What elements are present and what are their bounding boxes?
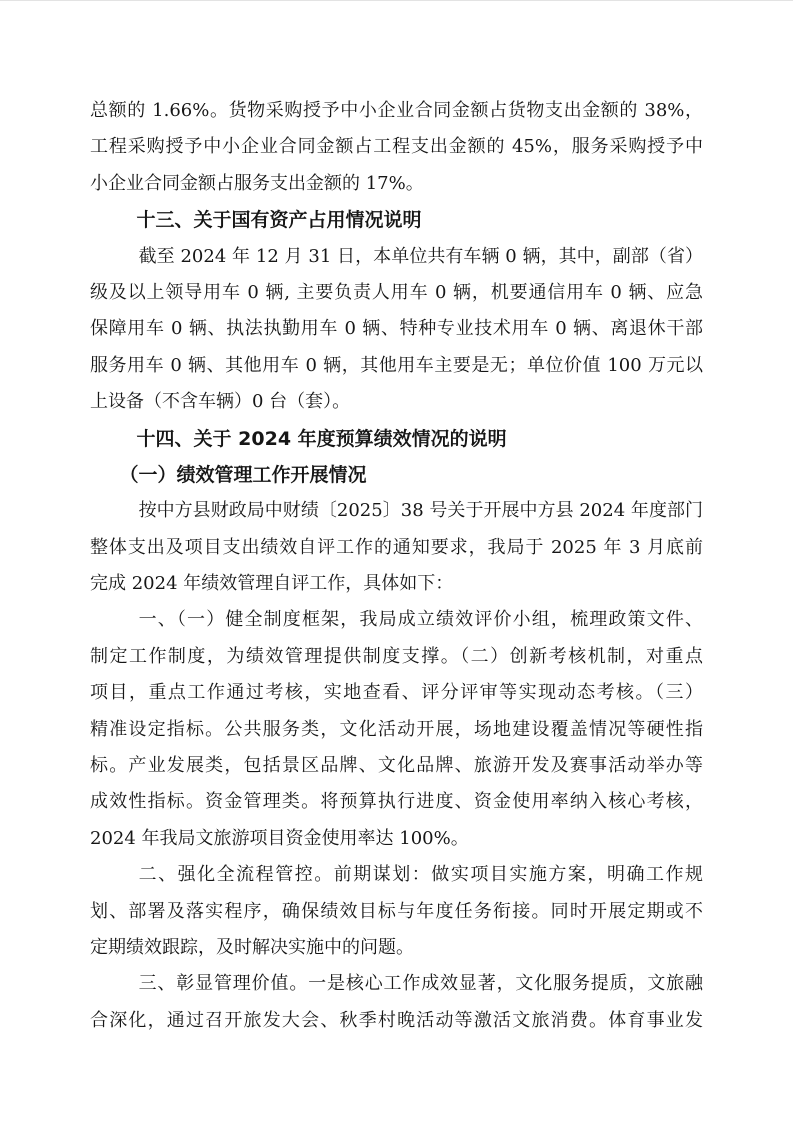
paragraph-line: 一、（一）健全制度框架，我局成立绩效评价小组，梳理政策文件、 [90, 602, 703, 638]
paragraph-line: 精准设定指标。公共服务类，文化活动开展，场地建设覆盖情况等硬性指 [90, 712, 703, 748]
document-content: 总额的 1.66%。货物采购授予中小企业合同金额占货物支出金额的 38%，工程采… [90, 93, 703, 1039]
paragraph-line: 二、强化全流程管控。前期谋划：做实项目实施方案，明确工作规 [90, 857, 703, 893]
paragraph-line: 三、彰显管理价值。一是核心工作成效显著，文化服务提质，文旅融 [90, 966, 703, 1002]
paragraph-line: 项目，重点工作通过考核，实地查看、评分评审等实现动态考核。（三） [90, 675, 703, 711]
paragraph-line: 按中方县财政局中财绩〔2025〕38 号关于开展中方县 2024 年度部门 [90, 493, 703, 529]
paragraph-line: 完成 2024 年绩效管理自评工作，具体如下： [90, 566, 703, 602]
section-heading: 十三、关于国有资产占用情况说明 [90, 202, 703, 238]
paragraph-line: 整体支出及项目支出绩效自评工作的通知要求，我局于 2025 年 3 月底前 [90, 530, 703, 566]
paragraph-line: 截至 2024 年 12 月 31 日，本单位共有车辆 0 辆，其中，副部（省） [90, 239, 703, 275]
paragraph-line: 成效性指标。资金管理类。将预算执行进度、资金使用率纳入核心考核， [90, 784, 703, 820]
paragraph-line: 级及以上领导用车 0 辆, 主要负责人用车 0 辆，机要通信用车 0 辆、应急 [90, 275, 703, 311]
paragraph-line: 划、部署及落实程序，确保绩效目标与年度任务衔接。同时开展定期或不 [90, 894, 703, 930]
paragraph-line: 2024 年我局文旅游项目资金使用率达 100%。 [90, 821, 703, 857]
paragraph-line: 小企业合同金额占服务支出金额的 17%。 [90, 166, 703, 202]
paragraph-line: 制定工作制度，为绩效管理提供制度支撑。（二）创新考核机制，对重点 [90, 639, 703, 675]
paragraph-line: 总额的 1.66%。货物采购授予中小企业合同金额占货物支出金额的 38%， [90, 93, 703, 129]
paragraph-line: 定期绩效跟踪，及时解决实施中的问题。 [90, 930, 703, 966]
paragraph-line: 保障用车 0 辆、执法执勤用车 0 辆、特种专业技术用车 0 辆、离退休干部 [90, 311, 703, 347]
paragraph-line: 服务用车 0 辆、其他用车 0 辆，其他用车主要是无；单位价值 100 万元以 [90, 348, 703, 384]
section-heading: 十四、关于 2024 年度预算绩效情况的说明 [90, 421, 703, 457]
paragraph-line: 标。产业发展类，包括景区品牌、文化品牌、旅游开发及赛事活动举办等 [90, 748, 703, 784]
document-page: 总额的 1.66%。货物采购授予中小企业合同金额占货物支出金额的 38%，工程采… [0, 0, 793, 1122]
paragraph-line: 工程采购授予中小企业合同金额占工程支出金额的 45%，服务采购授予中 [90, 129, 703, 165]
sub-section-heading: （一）绩效管理工作开展情况 [90, 457, 703, 493]
paragraph-line: 上设备（不含车辆）0 台（套）。 [90, 384, 703, 420]
paragraph-line: 合深化，通过召开旅发大会、秋季村晚活动等激活文旅消费。体育事业发 [90, 1003, 703, 1039]
